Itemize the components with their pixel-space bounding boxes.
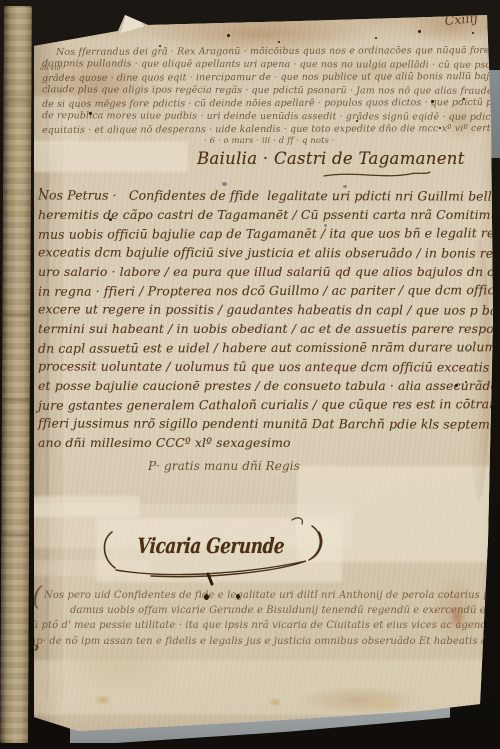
manuscript-line: grãdes quose · dine quos eqit · inercipa… [42, 70, 490, 85]
bottom-note-block: Nos pero uid Confidentes de fide e legal… [44, 588, 484, 649]
ink-spot [89, 112, 92, 115]
ink-spot [465, 381, 467, 383]
section-title: Vicaria Gerunde [137, 533, 285, 558]
folio-number: Cxiiij [444, 10, 478, 28]
repair-patch [22, 504, 352, 548]
manuscript-line: Nos fferrandus dei grã · Rex Aragonū · m… [42, 44, 490, 59]
stain [364, 696, 406, 713]
manuscript-line: in regna · ffieri / Propterea nos dcõ Gu… [38, 280, 490, 301]
manuscript-line: termini sui habeant / in uobis obediant … [38, 319, 490, 338]
stain [94, 694, 112, 706]
notarial-mark: P [28, 643, 39, 659]
chancery-subscription: P· gratis manu dñi Regis [148, 459, 300, 473]
manuscript-page: Cxiiij Nos fferrandus dei grã · Rex Arag… [0, 0, 500, 749]
manuscript-line: mus uobis officiū bajulie cap de Tagaman… [38, 223, 490, 244]
ink-spot [418, 30, 421, 33]
manuscript-line: dn capl assuetū est e uidel / habere aut… [38, 337, 490, 358]
ink-spot [356, 120, 358, 122]
heading-underline-flourish [322, 168, 432, 182]
main-text-block: Nos Petrus · Confidentes de ffide legali… [38, 186, 490, 452]
gutter-crease [58, 60, 67, 700]
ink-spot [109, 218, 112, 221]
gray-fleck [222, 182, 227, 186]
repair-patch [96, 518, 342, 582]
torn-edge-flap [116, 10, 145, 34]
stain [298, 56, 440, 88]
manuscript-line: tap· de nõ ipm assan ten e fidelis e leg… [26, 634, 484, 649]
top-note-block: Nos fferrandus dei grã · Rex Aragonū · m… [42, 45, 490, 136]
repair-patch [20, 560, 150, 576]
ink-spot [431, 100, 434, 103]
opening-paren: ( [32, 582, 42, 612]
gutter-crease [44, 60, 53, 700]
stain [450, 606, 465, 628]
manuscript-line: heremitis de cãpo castri de Tagamanēt / … [38, 205, 490, 224]
page-edge-ridge [1, 534, 29, 537]
ink-spot [463, 98, 465, 100]
manuscript-line: exceatis dcm bajulie officiū sive justic… [38, 242, 490, 262]
manuscript-line: damus uobis offam vicarie Gerunde e Bisu… [44, 603, 484, 618]
stain [430, 575, 482, 647]
manuscript-line: de republica mores uiue pudbis · uri dei… [42, 109, 490, 124]
wormhole [204, 594, 209, 600]
stain [468, 238, 490, 500]
stain [268, 697, 282, 707]
manuscript-line: uro salario · labore / ea pura que illud… [38, 262, 490, 281]
ink-spot [40, 188, 42, 190]
gray-fleck [466, 349, 469, 352]
heading-abbreviation-line: · 6 · o mars · iii · d ff · q nots · [204, 136, 335, 146]
repair-patch [26, 660, 486, 715]
manuscript-line: excere ut regere in possitis / gaudantes… [38, 299, 490, 319]
ink-spot [278, 41, 280, 43]
page-edge-ridge [2, 314, 30, 317]
wormhole [236, 594, 240, 599]
manuscript-line: claude plus que aligis ipos regēcia regã… [42, 83, 490, 98]
manuscript-line: equitatis · et alique nō desperans · uid… [42, 122, 490, 137]
title-flourish [96, 516, 336, 588]
manuscript-line: dampnis pullandis · que aliquē apellants… [42, 57, 490, 72]
page-edge-ridge [3, 98, 31, 101]
manuscript-line: processit uoluntate / uolumus tū que uos… [38, 356, 490, 376]
manuscript-line: et posse bajulie caucionē prestes / de c… [38, 376, 490, 395]
manuscript-line: de si quos mēges fore pdictis · cū deind… [42, 96, 490, 111]
manuscript-line: cū ptõ d' mea pessie utilitate · ita que… [26, 618, 484, 633]
repair-patch [20, 496, 140, 517]
manuscript-line: Nos Petrus · Confidentes de ffide legali… [38, 185, 490, 205]
manuscript-line: ffieri jussimus nrõ sigillo pendenti mun… [38, 413, 490, 433]
ink-spot [472, 32, 474, 34]
ink-spot [439, 127, 441, 129]
book-fore-edges [0, 6, 32, 743]
stain [438, 96, 486, 144]
manuscript-line: Nos pero uid Confidentes de fide e legal… [44, 588, 484, 603]
stain [58, 636, 182, 698]
margin-note: ab ei9 [40, 64, 61, 72]
repair-patch [20, 141, 188, 172]
section-heading: Baiulia · Castri de Tagamanent [197, 149, 465, 168]
page-edge-ridge [2, 398, 30, 401]
gray-fleck [343, 185, 347, 188]
manuscript-photo: Cxiiij Nos fferrandus dei grã · Rex Arag… [0, 0, 500, 749]
manuscript-line: ano dñi millesimo CCCº xlº sexagesimo [38, 433, 490, 452]
repair-patch [297, 466, 491, 562]
ink-spot [159, 45, 161, 47]
gray-fleck [324, 224, 327, 227]
manuscript-line: jure gstantes generalem Cathaloñ curiali… [38, 394, 490, 415]
ink-spot [455, 384, 458, 387]
stain [296, 686, 422, 714]
ink-spot [227, 34, 230, 37]
ink-spot [375, 37, 377, 39]
